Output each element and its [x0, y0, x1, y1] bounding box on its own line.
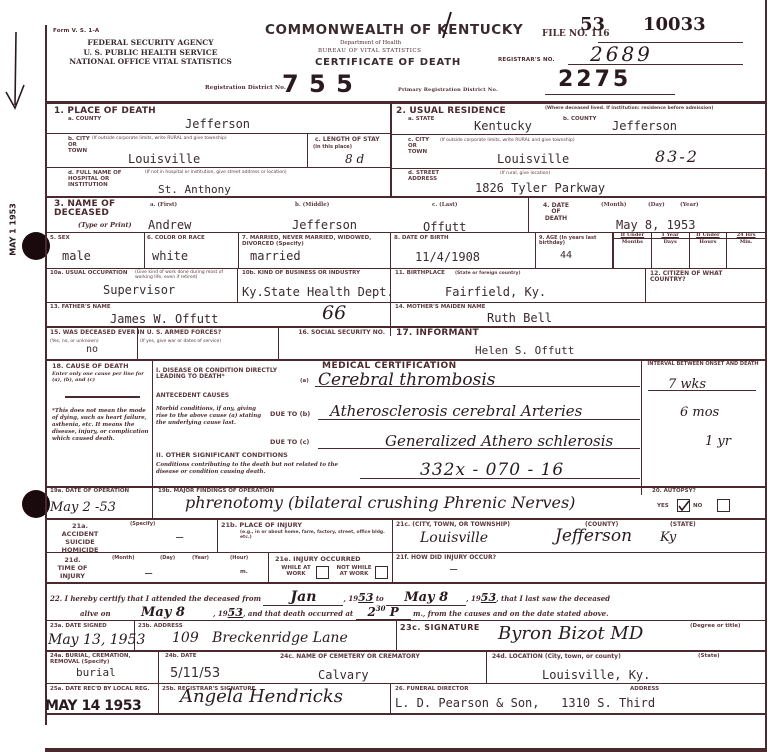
- cause-of-death-label: 18. CAUSE OF DEATH: [52, 363, 129, 370]
- cause-footnote: *This does not mean the mode of dying, s…: [52, 408, 150, 443]
- funeral-director-label: 26. FUNERAL DIRECTOR: [395, 687, 468, 693]
- date-received-stamp: MAY 14 1953: [45, 698, 141, 714]
- last-name-label: c. (Last): [432, 203, 457, 209]
- op-findings-value: phrenotomy (bilateral crushing Phrenic N…: [185, 493, 575, 512]
- age-label: 9. AGE (In years last birthday): [539, 236, 609, 247]
- autopsy-yes-label: YES: [657, 504, 669, 510]
- other-conditions-label: II. OTHER SIGNIFICANT CONDITIONS: [156, 452, 288, 459]
- handwritten-slash-mark: [438, 10, 456, 40]
- page-title: COMMONWEALTH OF KENTUCKY: [265, 22, 523, 38]
- cert-death-time: 230 P: [356, 604, 411, 620]
- armed-forces-note2: (If yes, give war or dates of service): [140, 340, 221, 345]
- rule: [390, 232, 391, 336]
- primary-registration-label: Primary Registration District No.: [398, 88, 498, 93]
- header-rule: [45, 101, 765, 104]
- burial-type-label: 24a. BURIAL, CREMATION, REMOVAL (Specify…: [50, 654, 155, 666]
- cemetery-value: Calvary: [318, 668, 369, 682]
- agency-line-1: FEDERAL SECURITY AGENCY: [53, 38, 248, 48]
- funeral-director-address-label: ADDRESS: [630, 687, 659, 693]
- marital-value: married: [250, 249, 301, 263]
- not-at-work-checkbox[interactable]: [375, 566, 388, 579]
- residence-city-value: Louisville: [497, 152, 569, 166]
- age-col: 1 Year Days: [652, 232, 690, 268]
- autopsy-no-label: NO: [693, 504, 702, 510]
- first-name-value: Andrew: [148, 218, 191, 232]
- rule: [45, 302, 765, 303]
- rule: [45, 650, 765, 652]
- cause-a-value: Cerebral thrombosis: [318, 370, 496, 390]
- rule: [152, 486, 153, 518]
- date-received-label: 25a. DATE REC'D BY LOCAL REG.: [50, 687, 149, 693]
- time-col-day: (Day): [160, 556, 175, 561]
- border-right: [765, 0, 767, 752]
- rule: [390, 683, 391, 714]
- cert-to-year: 53: [481, 591, 496, 604]
- rule: [486, 650, 487, 683]
- address-value: 109 Breckenridge Lane: [172, 630, 348, 646]
- death-county-value: Jefferson: [185, 117, 250, 131]
- funeral-director-value: L. D. Pearson & Son, 1310 S. Third: [395, 696, 655, 710]
- cause-line-1-label: I. DISEASE OR CONDITION DIRECTLY LEADING…: [156, 368, 296, 381]
- rule: [45, 683, 765, 684]
- location-state-label: (State): [698, 654, 720, 660]
- rule: [528, 196, 529, 232]
- address-label: 23b. ADDRESS: [138, 624, 183, 630]
- check-mark-icon: [2, 30, 28, 115]
- length-of-stay-note: (in this place): [313, 145, 352, 150]
- street-label: d. STREET ADDRESS: [408, 171, 448, 183]
- dod-col-year: (Year): [680, 203, 699, 209]
- sex-value: male: [62, 249, 91, 263]
- location-value: Louisville, Ky.: [542, 668, 650, 682]
- occupation-label: 10a. USUAL OCCUPATION: [50, 271, 127, 277]
- time-col-year: (Year): [192, 556, 209, 561]
- burial-date-value: 5/11/53: [170, 666, 220, 681]
- accident-label: 21a. ACCIDENT SUICIDE HOMICIDE: [55, 522, 105, 554]
- cause-c-prefix: DUE TO (c): [270, 439, 309, 446]
- check-icon: [678, 500, 690, 512]
- file-no-year: 53: [580, 14, 605, 35]
- cert-alive-year: 53: [228, 606, 243, 619]
- agency-line-2: U. S. PUBLIC HEALTH SERVICE: [53, 48, 248, 58]
- rule: [396, 620, 397, 650]
- degree-label: (Degree or title): [690, 624, 741, 630]
- bureau: BUREAU OF VITAL STATISTICS: [318, 48, 421, 54]
- age-col: If Under Months: [614, 232, 652, 268]
- certificate-title: CERTIFICATE OF DEATH: [315, 57, 461, 68]
- cemetery-label: 24c. NAME OF CEMETERY OR CREMATORY: [280, 654, 420, 660]
- mother-label: 14. MOTHER'S MAIDEN NAME: [395, 305, 485, 311]
- residence-county-label: b. COUNTY: [563, 117, 596, 123]
- how-injury-value: —: [450, 562, 457, 576]
- border-bottom: [45, 748, 765, 752]
- location-label: 24d. LOCATION (City, town, or county): [492, 654, 621, 660]
- autopsy-label: 20. AUTOPSY?: [652, 489, 696, 495]
- form-id: Form V. S. 1-A: [53, 29, 99, 35]
- father-code: 66: [322, 302, 346, 324]
- injury-state-value: Ky: [660, 530, 676, 545]
- hospital-label: d. FULL NAME OF HOSPITAL OR INSTITUTION: [68, 171, 148, 188]
- residence-county-value: Jefferson: [612, 119, 677, 133]
- registration-district-value: 7 5 5: [282, 70, 354, 98]
- rule: [45, 518, 765, 520]
- rule: [47, 133, 390, 134]
- registrar-no-label: REGISTRAR'S NO.: [498, 58, 555, 64]
- cause-of-death-note: Enter only one cause per line for (a), (…: [52, 372, 150, 383]
- autopsy-no-checkbox[interactable]: [717, 499, 730, 512]
- other-conditions-value: 332x - 070 - 16: [420, 460, 564, 480]
- rule: [158, 650, 159, 714]
- cert-alive-date: May 8: [113, 605, 213, 621]
- hospital-value: St. Anthony: [158, 183, 231, 196]
- father-value: James W. Offutt: [110, 312, 218, 326]
- agency-line-3: NATIONAL OFFICE VITAL STATISTICS: [53, 57, 248, 67]
- rule: [390, 134, 765, 135]
- cert-to-word: to: [376, 594, 384, 603]
- rule: [217, 518, 218, 552]
- rule: [45, 582, 765, 584]
- cause-b-prefix: DUE TO (b): [270, 411, 310, 418]
- time-of-injury-value: —: [145, 566, 152, 580]
- length-of-stay-value: 8 d: [345, 152, 364, 166]
- cause-b-value: Atherosclerosis cerebral Arteries: [330, 402, 582, 420]
- first-name-label: a. (First): [150, 203, 177, 209]
- place-of-injury-note: (e.g., in or about home, farm, factory, …: [240, 531, 390, 540]
- burial-date-label: 24b. DATE: [165, 654, 197, 660]
- injury-city-label: 21c. (CITY, TOWN, OR TOWNSHIP): [396, 522, 510, 528]
- department: Department of Health: [340, 40, 401, 46]
- rule: [144, 232, 145, 268]
- rule: [641, 359, 642, 495]
- rule: [645, 268, 646, 302]
- cert-from-year: 53: [358, 591, 373, 604]
- cause-c-interval: 1 yr: [705, 434, 731, 449]
- cause-c-underline: [318, 448, 640, 449]
- birthplace-note: (State or foreign country): [455, 272, 521, 277]
- death-county-label: a. COUNTY: [68, 117, 101, 123]
- race-label: 6. COLOR OR RACE: [147, 236, 205, 242]
- type-or-print-note: (Type or Print): [78, 222, 132, 229]
- rule: [392, 518, 393, 582]
- ssn-label: 16. SOCIAL SECURITY NO.: [283, 330, 385, 336]
- at-work-label: WHILE AT WORK: [275, 566, 317, 578]
- citizen-label: 12. CITIZEN OF WHAT COUNTRY?: [650, 271, 760, 284]
- physician-signature: Byron Bizot MD: [498, 623, 643, 644]
- age-col: If Under Hours: [690, 232, 728, 268]
- cause-a-underline: [315, 386, 640, 387]
- registrar-no-value: 2689: [590, 42, 653, 66]
- accident-specify: (Specify): [130, 522, 155, 527]
- rule: [45, 713, 765, 715]
- date-signed-value: May 13, 1953: [48, 632, 145, 648]
- date-of-death-value: May 8, 1953: [616, 218, 695, 232]
- hospital-note: (If not in hospital or institution, give…: [145, 171, 345, 176]
- time-col-hour: (Hour): [230, 556, 248, 561]
- signature-label: 23c. SIGNATURE: [400, 624, 480, 632]
- death-city-label: b. CITY OR TOWN: [68, 137, 90, 154]
- date-signed-label: 23a. DATE SIGNED: [50, 624, 107, 630]
- rule: [390, 168, 765, 169]
- age-under-grid: If Under Months 1 Year Days If Under Hou…: [612, 232, 765, 268]
- rule: [268, 552, 269, 582]
- street-note: (If rural, give location): [500, 172, 550, 177]
- op-date-value: May 2 -53: [50, 500, 116, 515]
- residence-state-value: Kentucky: [474, 119, 532, 133]
- death-city-note: (If outside corporate limits, write RURA…: [92, 137, 302, 142]
- marital-label: 7. MARRIED, NEVER MARRIED, WIDOWED, DIVO…: [242, 236, 387, 248]
- time-of-injury-label: 21d. TIME OF INJURY: [55, 556, 90, 580]
- injury-city-value: Louisville: [420, 530, 488, 546]
- rule: [535, 232, 536, 268]
- agency-block: FEDERAL SECURITY AGENCY U. S. PUBLIC HEA…: [53, 38, 248, 67]
- race-value: white: [152, 249, 188, 263]
- father-label: 13. FATHER'S NAME: [50, 305, 111, 311]
- dob-value: 11/4/1908: [415, 250, 480, 264]
- injury-state-label: (STATE): [670, 522, 696, 528]
- cause-b-interval: 6 mos: [680, 405, 719, 420]
- registration-district-label: Registration District No.: [205, 86, 286, 92]
- industry-value: Ky.State Health Dept.: [242, 285, 394, 299]
- place-of-injury-label: 21b. PLACE OF INJURY: [221, 522, 302, 529]
- occupation-value: Supervisor: [103, 283, 175, 297]
- rule: [238, 232, 239, 268]
- cause-b-underline: [318, 419, 640, 420]
- primary-reg-underline: [545, 94, 675, 95]
- registrar-no-underline: [568, 64, 743, 65]
- residence-city-label: c. CITY OR TOWN: [408, 138, 430, 155]
- rule: [45, 196, 765, 198]
- rule: [45, 552, 765, 553]
- burial-type-value: burial: [76, 666, 116, 679]
- occupation-note: (Give kind of work done during most of w…: [135, 271, 235, 280]
- time-suffix: m.: [240, 570, 248, 576]
- margin-date-stamp: MAY 1 1953: [9, 195, 18, 265]
- registrar-signature: Angela Hendricks: [180, 686, 343, 707]
- usual-residence-note: (Where deceased lived. If institution: r…: [545, 107, 765, 112]
- date-of-death-label: 4. DATE OF DEATH: [540, 203, 572, 222]
- other-conditions-note: Conditions contributing to the death but…: [156, 462, 356, 476]
- cert-text-a: 22. I hereby certify that I attended the…: [50, 594, 261, 603]
- rule: [307, 133, 308, 167]
- residence-state-label: a. STATE: [408, 117, 434, 123]
- middle-name-value: Jefferson: [292, 218, 357, 232]
- op-date-label: 19a. DATE OF OPERATION: [50, 489, 150, 495]
- primary-registration-value: 2275: [558, 67, 631, 92]
- rule: [65, 396, 140, 398]
- deceased-name-label: 3. NAME OF DECEASED: [54, 200, 144, 218]
- at-work-checkbox[interactable]: [316, 566, 329, 579]
- how-injury-label: 21f. HOW DID INJURY OCCUR?: [396, 555, 496, 561]
- armed-forces-label: 15. WAS DECEASED EVER IN U. S. ARMED FOR…: [50, 330, 290, 336]
- birthplace-label: 11. BIRTHPLACE: [395, 271, 445, 277]
- other-underline: [360, 478, 640, 479]
- length-of-stay-label: c. LENGTH OF STAY: [315, 137, 380, 143]
- informant-value: Helen S. Offutt: [475, 344, 574, 357]
- street-value: 1826 Tyler Parkway: [475, 181, 605, 195]
- death-city-value: Louisville: [128, 152, 200, 166]
- rule: [45, 268, 765, 269]
- middle-name-label: b. (Middle): [295, 203, 329, 209]
- antecedent-note: Morbid conditions, if any, giving rise t…: [156, 406, 266, 427]
- informant-label: 17. INFORMANT: [396, 329, 479, 338]
- certification-statement-line-2: alive on May 8, 1953, and that death occ…: [80, 604, 770, 621]
- age-col: 24 Hrs Min.: [727, 232, 765, 268]
- residence-city-note: (If outside corporate limits, write RURA…: [440, 139, 700, 144]
- autopsy-yes-checkbox[interactable]: [677, 499, 690, 512]
- industry-label: 10b. KIND OF BUSINESS OR INDUSTRY: [242, 271, 387, 277]
- armed-forces-value: no: [86, 344, 98, 355]
- dod-col-month: (Month): [601, 203, 627, 209]
- rule: [152, 359, 153, 495]
- interval-a-underline: [648, 390, 756, 391]
- age-value: 44: [560, 250, 572, 261]
- dob-label: 8. DATE OF BIRTH: [394, 236, 449, 242]
- sex-label: 5. SEX: [50, 236, 70, 242]
- rule: [237, 268, 238, 302]
- mother-value: Ruth Bell: [487, 311, 552, 325]
- dod-col-day: (Day): [648, 203, 665, 209]
- cause-a-prefix: (a): [300, 379, 309, 385]
- birthplace-value: Fairfield, Ky.: [445, 285, 546, 299]
- file-no-number: 10033: [643, 14, 706, 35]
- divider-1-2: [390, 101, 392, 196]
- not-at-work-label: NOT WHILE AT WORK: [333, 566, 375, 578]
- rule: [47, 167, 390, 168]
- time-col-month: (Month): [112, 556, 135, 561]
- accident-value: —: [176, 530, 183, 544]
- interval-label: INTERVAL BETWEEN ONSET AND DEATH: [647, 362, 759, 367]
- injury-occurred-label: 21e. INJURY OCCURRED: [275, 556, 361, 563]
- injury-county-value: Jefferson: [555, 526, 632, 546]
- rule: [45, 620, 765, 621]
- death-certificate: MAY 1 1953 Form V. S. 1-A FEDERAL SECURI…: [0, 0, 773, 752]
- antecedent-label: ANTECEDENT CAUSES: [156, 393, 229, 399]
- residence-code: 83-2: [655, 147, 699, 166]
